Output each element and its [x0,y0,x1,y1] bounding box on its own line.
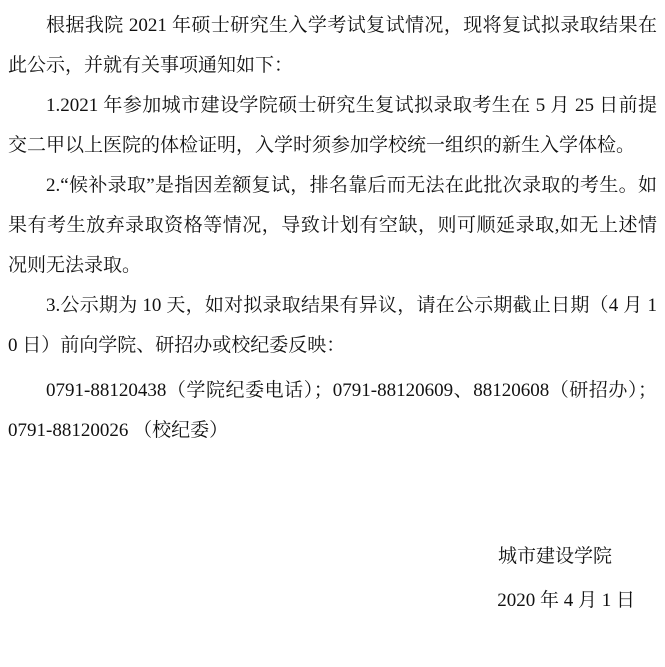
paragraph-intro: 根据我院 2021 年硕士研究生入学考试复试情况，现将复试拟录取结果在此公示，并… [8,6,657,86]
paragraph-item-1: 1.2021 年参加城市建设学院硕士研究生复试拟录取考生在 5 月 25 日前提… [8,86,657,166]
signature-date: 2020 年 4 月 1 日 [8,581,657,621]
paragraph-contact-numbers: 0791-88120438（学院纪委电话）；0791-88120609、8812… [8,371,657,451]
signature-block: 城市建设学院 2020 年 4 月 1 日 [8,537,657,621]
blank-space [8,451,657,537]
notice-document: 根据我院 2021 年硕士研究生入学考试复试情况，现将复试拟录取结果在此公示，并… [0,0,665,621]
paragraph-item-2: 2.“候补录取”是指因差额复试，排名靠后而无法在此批次录取的考生。如果有考生放弃… [8,166,657,286]
signature-name: 城市建设学院 [8,537,657,577]
paragraph-item-3: 3.公示期为 10 天，如对拟录取结果有异议，请在公示期截止日期（4 月 10 … [8,286,657,366]
